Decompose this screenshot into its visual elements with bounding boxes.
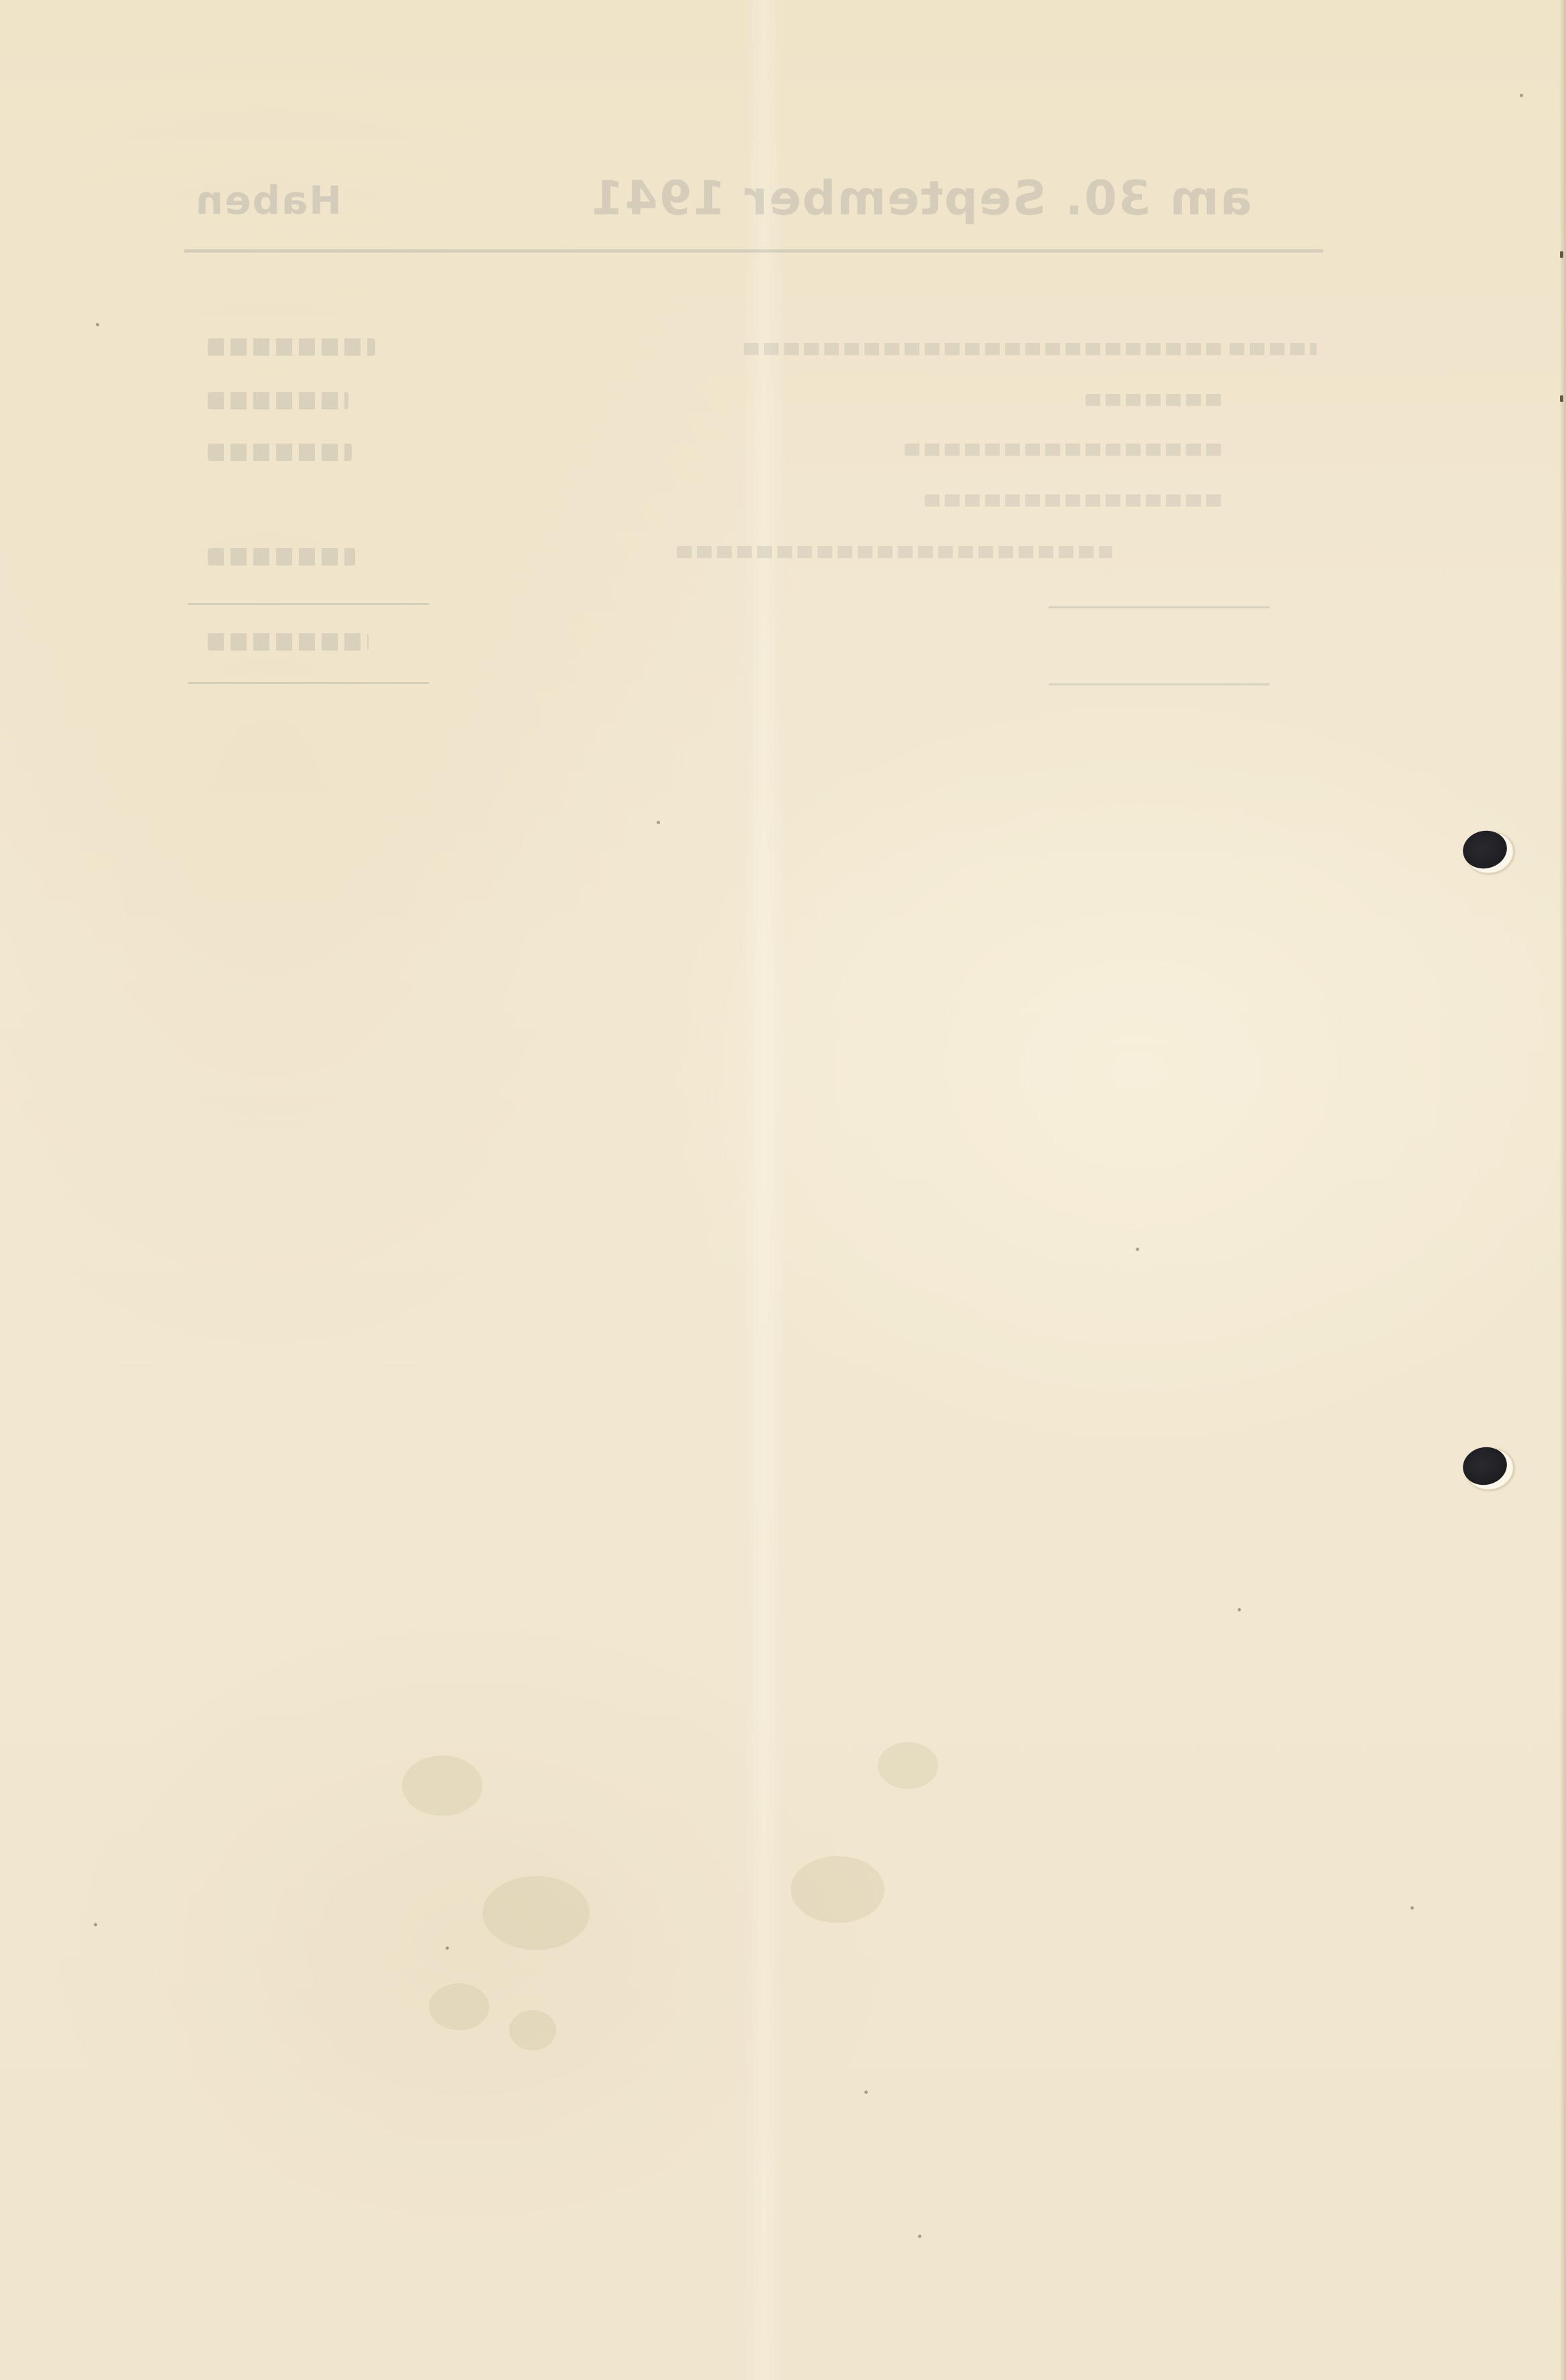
punch-hole <box>1459 1443 1510 1489</box>
bleed-heading-haben: Haben <box>194 178 342 223</box>
paper-speck <box>657 821 660 824</box>
paper-speck <box>1411 1906 1414 1910</box>
bleed-header-rule <box>184 249 1323 253</box>
paper-edge <box>1559 0 1566 2380</box>
bleed-row <box>925 494 1226 507</box>
edge-mark <box>1560 251 1563 258</box>
paper-speck <box>864 2091 868 2094</box>
bleed-row <box>1230 343 1317 355</box>
paper-stain <box>402 1756 482 1816</box>
bleed-number <box>208 392 348 409</box>
bleed-number <box>208 444 352 461</box>
paper-speck <box>446 1946 449 1950</box>
bleed-row <box>905 444 1226 456</box>
paper-stain <box>509 2010 556 2050</box>
paper-stain <box>791 1856 885 1923</box>
bleed-rule <box>1049 606 1270 608</box>
bleed-number <box>208 633 369 651</box>
bleed-heading-date: am 30. September 1941 <box>590 171 1252 226</box>
paper-stain <box>878 1742 938 1789</box>
punch-hole <box>1459 827 1510 872</box>
edge-mark <box>1560 395 1563 402</box>
bleed-number <box>208 548 355 566</box>
document-page: Haben am 30. September 1941 <box>0 0 1566 2380</box>
paper-stain <box>429 1983 489 2030</box>
bleed-row <box>1086 394 1226 406</box>
bleed-number <box>208 338 375 356</box>
bleed-row <box>677 546 1112 558</box>
bleed-rule <box>188 682 429 684</box>
bleed-row <box>744 343 1226 355</box>
paper-speck <box>1238 1608 1241 1611</box>
bleed-rule <box>188 603 429 605</box>
bleed-rule <box>1049 683 1270 685</box>
paper-speck <box>1136 1248 1139 1251</box>
paper-speck <box>94 1923 97 1926</box>
page-fold <box>744 0 784 2380</box>
paper-speck <box>1520 94 1523 97</box>
paper-speck <box>918 2235 921 2238</box>
paper-stain <box>482 1876 590 1950</box>
paper-speck <box>96 323 99 326</box>
